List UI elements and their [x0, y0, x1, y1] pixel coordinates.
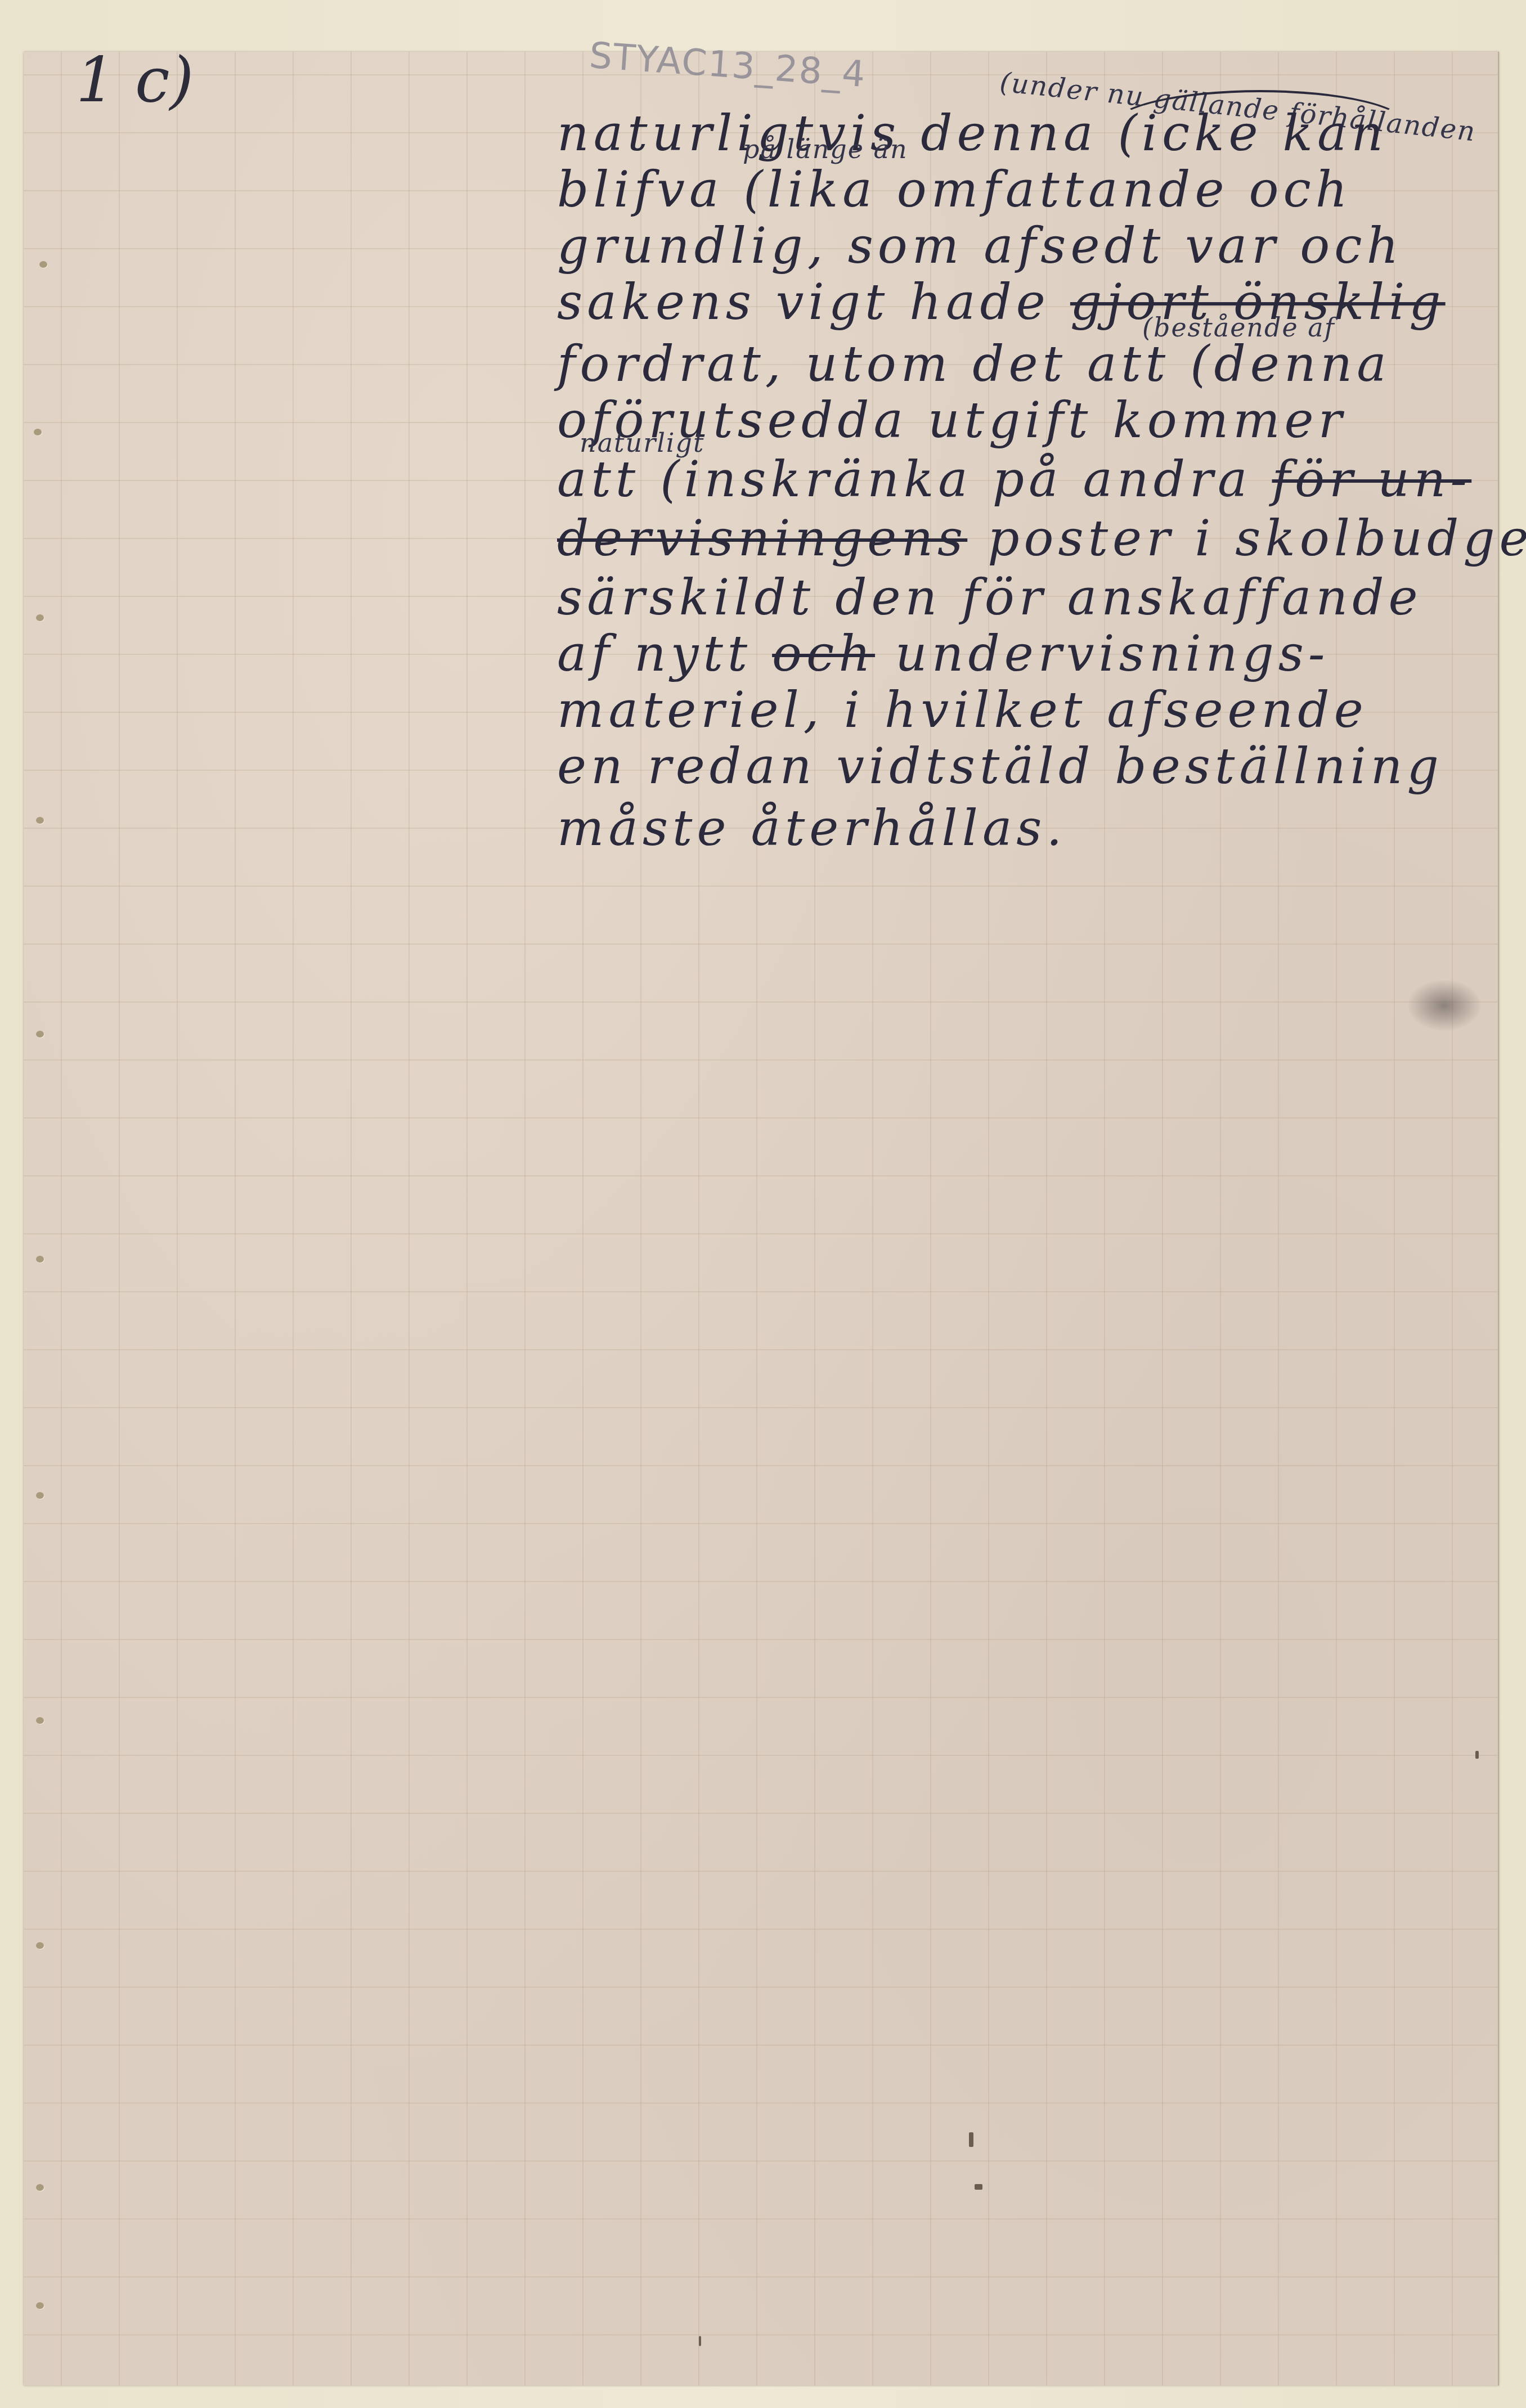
handwritten-line-12: en redan vidtstäld beställning [557, 737, 1443, 795]
punch-hole [36, 1031, 44, 1037]
line-text: undervisnings- [875, 625, 1330, 682]
ink-speck [969, 2132, 973, 2147]
line-text: poster i skolbudgeten, [967, 509, 1526, 567]
struck-text: för un- [1272, 450, 1472, 508]
punch-hole [36, 817, 44, 824]
ink-speck [699, 2336, 701, 2346]
punch-hole [36, 1717, 44, 1724]
punch-hole [36, 1492, 44, 1499]
handwritten-line-11: materiel, i hvilket afseende [557, 681, 1368, 739]
page-marker: 1 c) [76, 44, 194, 116]
struck-text: dervisningens [557, 509, 967, 567]
line-text: sakens vigt hade [557, 273, 1070, 331]
handwritten-line-8: dervisningens poster i skolbudgeten, [557, 509, 1526, 567]
punch-hole [36, 1256, 44, 1263]
line-text: af nytt [557, 625, 772, 682]
handwritten-line-1: naturligtvis denna (icke kan [557, 104, 1388, 162]
punch-hole [36, 2184, 44, 2191]
handwritten-line-13: måste återhållas. [557, 799, 1066, 857]
punch-hole [34, 429, 42, 435]
handwritten-line-2: blifva (lika omfattande och [557, 160, 1352, 218]
punch-hole [36, 2302, 44, 2309]
punch-hole [39, 261, 47, 268]
ink-stain [1408, 980, 1481, 1031]
ink-speck [1475, 1751, 1479, 1759]
handwritten-line-9: särskildt den för anskaffande [557, 568, 1422, 626]
handwritten-line-10: af nytt och undervisnings- [557, 625, 1330, 682]
insertion-above-line-2: på länge än [743, 134, 908, 164]
punch-hole [36, 1942, 44, 1949]
punch-hole [36, 614, 44, 621]
handwritten-line-3: grundlig, som afsedt var och [557, 217, 1403, 275]
line-text: att (inskränka på andra [557, 450, 1272, 508]
handwritten-line-7: att (inskränka på andra för un- [557, 450, 1471, 508]
ink-speck [975, 2184, 982, 2190]
struck-text: och [772, 625, 875, 682]
handwritten-line-5: fordrat, utom det att (denna [557, 335, 1391, 393]
